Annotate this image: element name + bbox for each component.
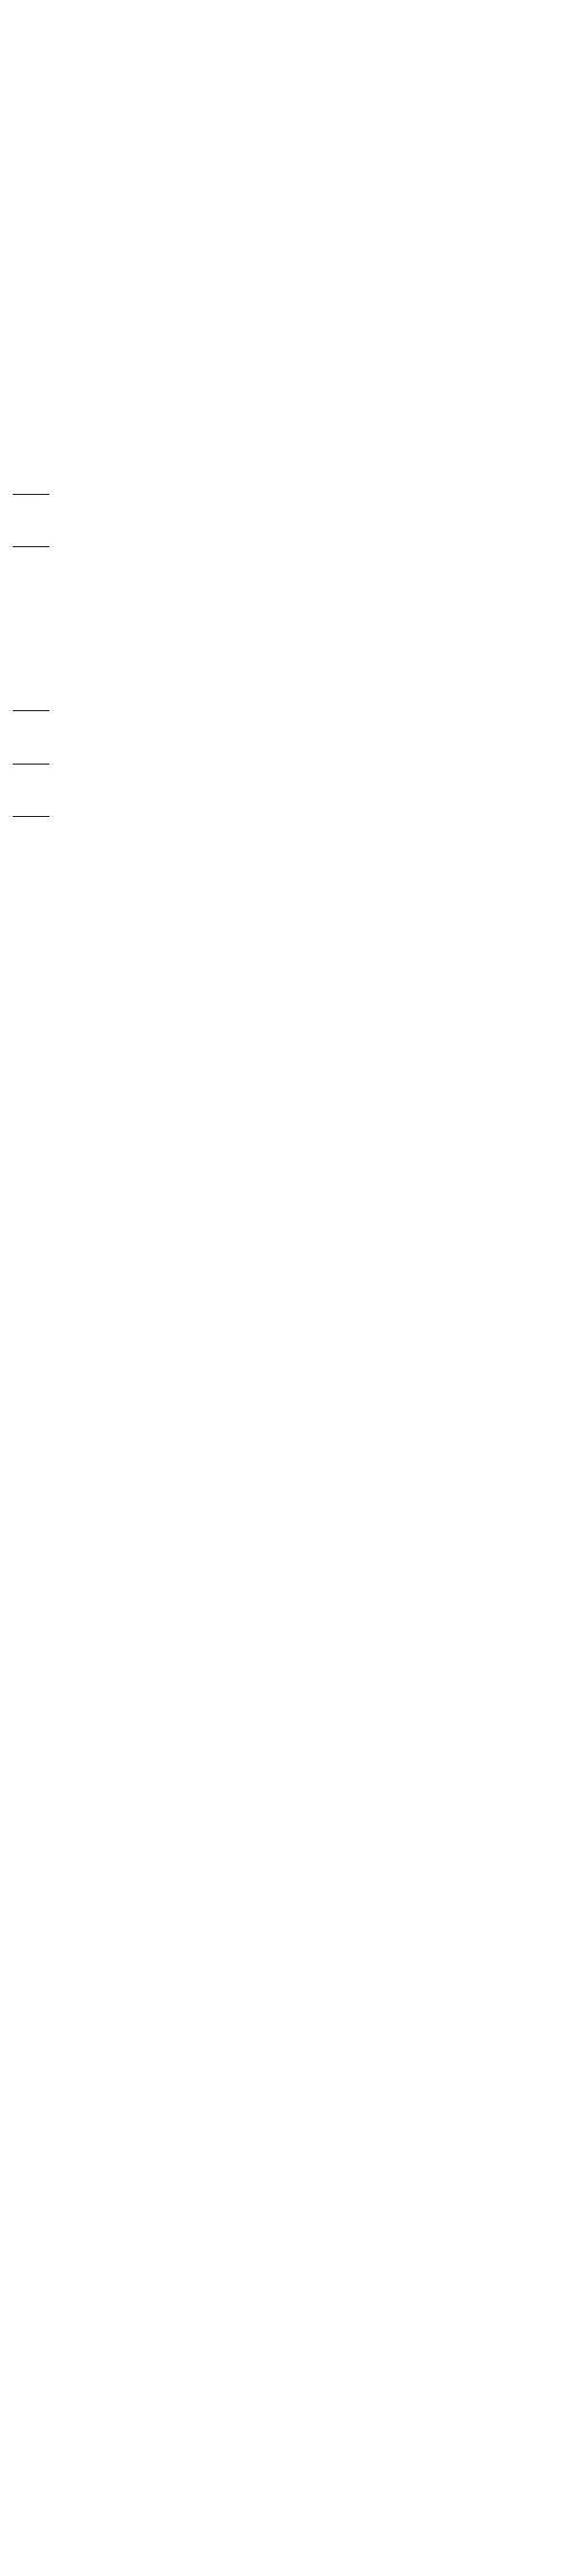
answer-blank bbox=[13, 752, 50, 765]
question-8 bbox=[12, 804, 50, 821]
answer-blank bbox=[13, 804, 50, 817]
question-6 bbox=[12, 699, 50, 715]
answer-blank bbox=[13, 699, 50, 711]
question-3 bbox=[12, 535, 50, 551]
question-7 bbox=[12, 752, 50, 768]
answer-blank bbox=[13, 482, 50, 495]
answer-blank bbox=[13, 535, 50, 547]
question-2 bbox=[12, 482, 50, 499]
